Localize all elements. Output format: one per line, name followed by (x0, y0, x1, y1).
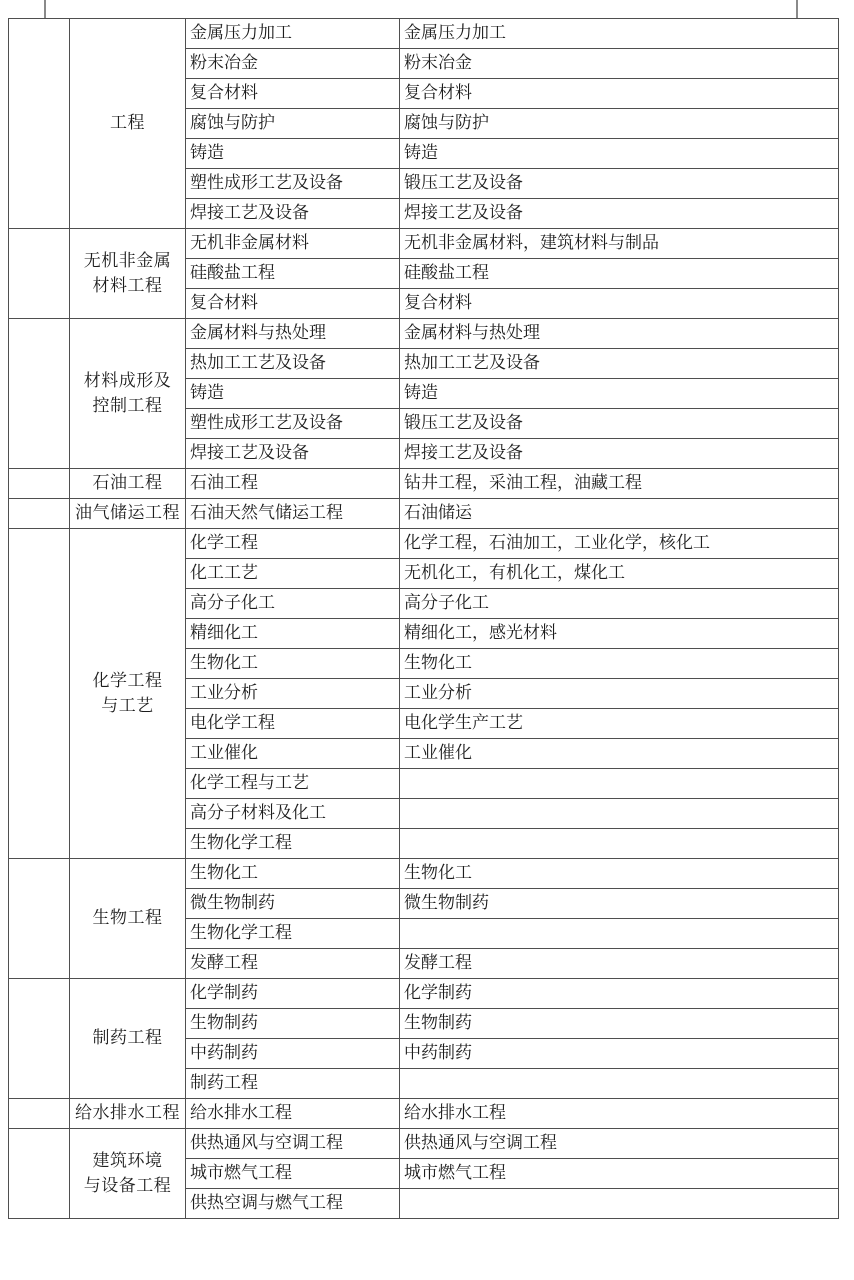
former-majors-cell: 硅酸盐工程 (400, 259, 839, 289)
major-cell: 供热通风与空调工程 (186, 1129, 400, 1159)
category-cell: 制药工程 (70, 979, 186, 1099)
major-cell: 生物制药 (186, 1009, 400, 1039)
former-majors-cell: 热加工工艺及设备 (400, 349, 839, 379)
category-cell: 生物工程 (70, 859, 186, 979)
former-majors-cell: 锻压工艺及设备 (400, 409, 839, 439)
page-scan-line-right (796, 0, 798, 19)
major-cell: 高分子材料及化工 (186, 799, 400, 829)
former-majors-cell: 生物化工 (400, 649, 839, 679)
former-majors-cell: 铸造 (400, 379, 839, 409)
category-cell: 无机非金属 材料工程 (70, 229, 186, 319)
major-cell: 生物化学工程 (186, 919, 400, 949)
former-majors-cell: 复合材料 (400, 289, 839, 319)
former-majors-cell: 电化学生产工艺 (400, 709, 839, 739)
former-majors-cell (400, 919, 839, 949)
major-cell: 城市燃气工程 (186, 1159, 400, 1189)
major-cell: 生物化工 (186, 649, 400, 679)
former-majors-cell: 工业分析 (400, 679, 839, 709)
category-cell: 材料成形及 控制工程 (70, 319, 186, 469)
table-row: 建筑环境 与设备工程供热通风与空调工程供热通风与空调工程 (9, 1129, 839, 1159)
major-cell: 铸造 (186, 139, 400, 169)
major-cell: 给水排水工程 (186, 1099, 400, 1129)
category-cell: 工程 (70, 19, 186, 229)
major-cell: 石油工程 (186, 469, 400, 499)
major-cell: 焊接工艺及设备 (186, 199, 400, 229)
major-cell: 金属材料与热处理 (186, 319, 400, 349)
page-scan-line-left (44, 0, 46, 19)
major-cell: 复合材料 (186, 79, 400, 109)
former-majors-cell: 石油储运 (400, 499, 839, 529)
former-majors-cell: 发酵工程 (400, 949, 839, 979)
former-majors-cell (400, 829, 839, 859)
major-cell: 热加工工艺及设备 (186, 349, 400, 379)
table-row: 材料成形及 控制工程金属材料与热处理金属材料与热处理 (9, 319, 839, 349)
former-majors-cell: 焊接工艺及设备 (400, 199, 839, 229)
major-cell: 电化学工程 (186, 709, 400, 739)
major-cell: 复合材料 (186, 289, 400, 319)
table-row: 无机非金属 材料工程无机非金属材料无机非金属材料，建筑材料与制品 (9, 229, 839, 259)
former-majors-cell: 粉末冶金 (400, 49, 839, 79)
table-row: 化学工程 与工艺化学工程化学工程，石油加工，工业化学，核化工 (9, 529, 839, 559)
majors-equivalency-table: 工程金属压力加工金属压力加工粉末冶金粉末冶金复合材料复合材料腐蚀与防护腐蚀与防护… (8, 18, 839, 1219)
former-majors-cell: 无机非金属材料，建筑材料与制品 (400, 229, 839, 259)
category-cell: 油气储运工程 (70, 499, 186, 529)
index-cell (9, 1129, 70, 1219)
major-cell: 发酵工程 (186, 949, 400, 979)
former-majors-cell: 工业催化 (400, 739, 839, 769)
major-cell: 制药工程 (186, 1069, 400, 1099)
former-majors-cell: 高分子化工 (400, 589, 839, 619)
former-majors-cell: 微生物制药 (400, 889, 839, 919)
table-row: 石油工程石油工程钻井工程，采油工程，油藏工程 (9, 469, 839, 499)
table-row: 油气储运工程石油天然气储运工程石油储运 (9, 499, 839, 529)
former-majors-cell (400, 799, 839, 829)
major-cell: 工业分析 (186, 679, 400, 709)
index-cell (9, 859, 70, 979)
major-cell: 无机非金属材料 (186, 229, 400, 259)
index-cell (9, 499, 70, 529)
former-majors-cell: 生物制药 (400, 1009, 839, 1039)
former-majors-cell (400, 769, 839, 799)
former-majors-cell: 铸造 (400, 139, 839, 169)
index-cell (9, 1099, 70, 1129)
former-majors-cell: 城市燃气工程 (400, 1159, 839, 1189)
major-cell: 石油天然气储运工程 (186, 499, 400, 529)
former-majors-cell (400, 1069, 839, 1099)
major-cell: 中药制药 (186, 1039, 400, 1069)
former-majors-cell: 钻井工程，采油工程，油藏工程 (400, 469, 839, 499)
index-cell (9, 979, 70, 1099)
major-cell: 微生物制药 (186, 889, 400, 919)
major-cell: 供热空调与燃气工程 (186, 1189, 400, 1219)
category-cell: 石油工程 (70, 469, 186, 499)
index-cell (9, 469, 70, 499)
major-cell: 化学制药 (186, 979, 400, 1009)
former-majors-cell: 锻压工艺及设备 (400, 169, 839, 199)
major-cell: 高分子化工 (186, 589, 400, 619)
major-cell: 塑性成形工艺及设备 (186, 169, 400, 199)
table-row: 给水排水工程给水排水工程给水排水工程 (9, 1099, 839, 1129)
former-majors-cell: 供热通风与空调工程 (400, 1129, 839, 1159)
former-majors-cell: 化学工程，石油加工，工业化学，核化工 (400, 529, 839, 559)
major-cell: 化学工程 (186, 529, 400, 559)
major-cell: 焊接工艺及设备 (186, 439, 400, 469)
former-majors-cell: 化学制药 (400, 979, 839, 1009)
former-majors-cell (400, 1189, 839, 1219)
category-cell: 化学工程 与工艺 (70, 529, 186, 859)
major-cell: 化学工程与工艺 (186, 769, 400, 799)
former-majors-cell: 复合材料 (400, 79, 839, 109)
major-cell: 腐蚀与防护 (186, 109, 400, 139)
table-row: 制药工程化学制药化学制药 (9, 979, 839, 1009)
former-majors-cell: 精细化工，感光材料 (400, 619, 839, 649)
major-cell: 硅酸盐工程 (186, 259, 400, 289)
major-cell: 生物化学工程 (186, 829, 400, 859)
former-majors-cell: 生物化工 (400, 859, 839, 889)
former-majors-cell: 无机化工，有机化工，煤化工 (400, 559, 839, 589)
index-cell (9, 19, 70, 229)
major-cell: 精细化工 (186, 619, 400, 649)
category-cell: 建筑环境 与设备工程 (70, 1129, 186, 1219)
index-cell (9, 229, 70, 319)
former-majors-cell: 焊接工艺及设备 (400, 439, 839, 469)
major-cell: 铸造 (186, 379, 400, 409)
former-majors-cell: 给水排水工程 (400, 1099, 839, 1129)
major-cell: 粉末冶金 (186, 49, 400, 79)
table-row: 工程金属压力加工金属压力加工 (9, 19, 839, 49)
major-cell: 化工工艺 (186, 559, 400, 589)
major-cell: 生物化工 (186, 859, 400, 889)
table-row: 生物工程生物化工生物化工 (9, 859, 839, 889)
former-majors-cell: 中药制药 (400, 1039, 839, 1069)
major-cell: 金属压力加工 (186, 19, 400, 49)
major-cell: 工业催化 (186, 739, 400, 769)
category-cell: 给水排水工程 (70, 1099, 186, 1129)
former-majors-cell: 腐蚀与防护 (400, 109, 839, 139)
major-cell: 塑性成形工艺及设备 (186, 409, 400, 439)
former-majors-cell: 金属材料与热处理 (400, 319, 839, 349)
index-cell (9, 529, 70, 859)
former-majors-cell: 金属压力加工 (400, 19, 839, 49)
index-cell (9, 319, 70, 469)
